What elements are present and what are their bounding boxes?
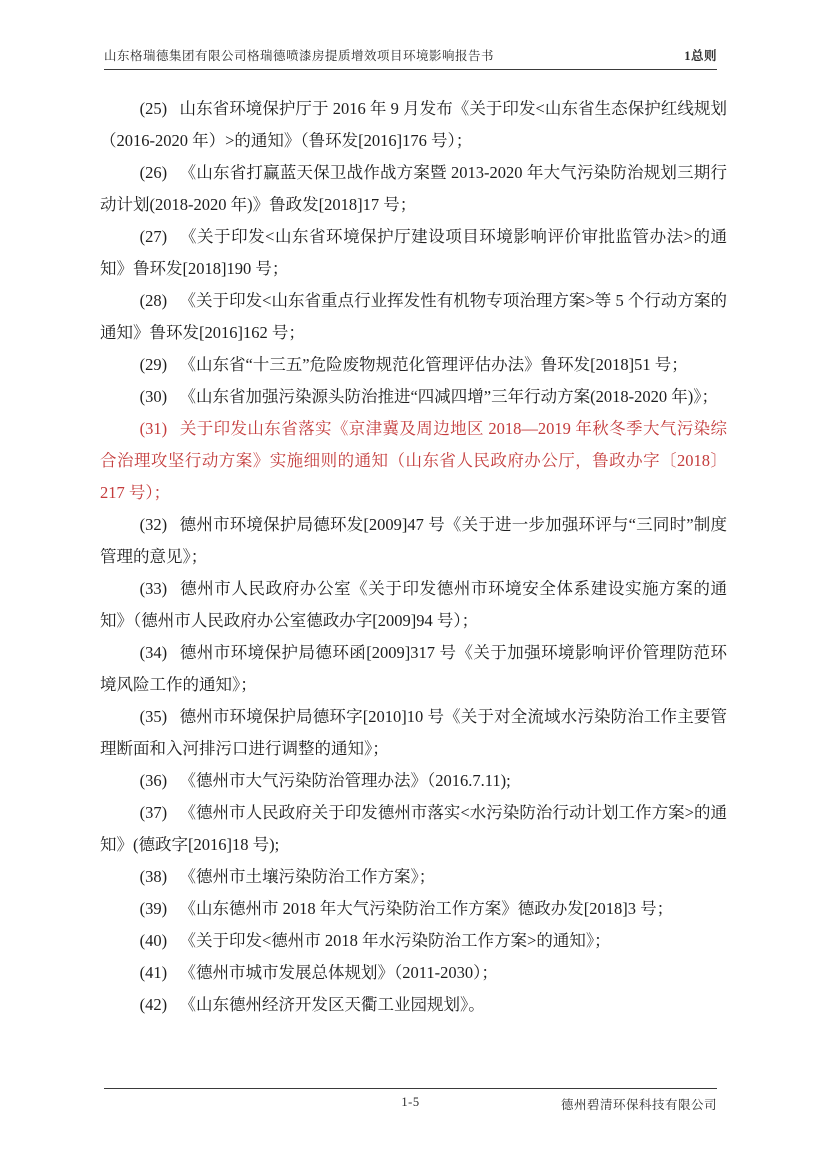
item-text: 关于印发山东省落实《京津冀及周边地区 2018—2019 年秋冬季大气污染综合治… — [100, 419, 727, 502]
item-text: 德州市人民政府办公室《关于印发德州市环境安全体系建设实施方案的通知》（德州市人民… — [100, 579, 727, 630]
list-item: (28)《关于印发<山东省重点行业挥发性有机物专项治理方案>等 5 个行动方案的… — [100, 285, 727, 349]
item-number: (26) — [140, 163, 168, 182]
item-text: 《山东省打赢蓝天保卫战作战方案暨 2013-2020 年大气污染防治规划三期行动… — [100, 163, 727, 214]
footer-company: 德州碧清环保科技有限公司 — [561, 1095, 717, 1113]
page-number: 1-5 — [401, 1095, 419, 1110]
list-item: (40)《关于印发<德州市 2018 年水污染防治工作方案>的通知》； — [100, 925, 727, 957]
page-footer: 1-5 德州碧清环保科技有限公司 — [104, 1088, 717, 1119]
item-number: (36) — [140, 771, 168, 790]
item-number: (28) — [140, 291, 168, 310]
item-text: 《关于印发<山东省重点行业挥发性有机物专项治理方案>等 5 个行动方案的通知》鲁… — [100, 291, 727, 342]
body-paragraphs: (25)山东省环境保护厅于 2016 年 9 月发布《关于印发<山东省生态保护红… — [100, 93, 727, 1021]
list-item: (41)《德州市城市发展总体规划》（2011-2030）； — [100, 957, 727, 989]
item-number: (31) — [140, 419, 168, 438]
item-text: 德州市环境保护局德环字[2010]10 号《关于对全流域水污染防治工作主要管理断… — [100, 707, 727, 758]
list-item: (27)《关于印发<山东省环境保护厅建设项目环境影响评价审批监管办法>的通知》鲁… — [100, 221, 727, 285]
item-text: 《山东省“十三五”危险废物规范化管理评估办法》鲁环发[2018]51 号； — [179, 355, 687, 374]
list-item: (39)《山东德州市 2018 年大气污染防治工作方案》德政办发[2018]3 … — [100, 893, 727, 925]
item-number: (29) — [140, 355, 168, 374]
item-number: (40) — [140, 931, 168, 950]
item-text: 山东省环境保护厅于 2016 年 9 月发布《关于印发<山东省生态保护红线规划（… — [100, 99, 727, 150]
item-number: (34) — [140, 643, 168, 662]
header-section-label: 1总则 — [684, 46, 717, 64]
item-number: (25) — [140, 99, 168, 118]
list-item: (25)山东省环境保护厅于 2016 年 9 月发布《关于印发<山东省生态保护红… — [100, 93, 727, 157]
item-text: 《山东德州市 2018 年大气污染防治工作方案》德政办发[2018]3 号； — [179, 899, 673, 918]
item-number: (42) — [140, 995, 168, 1014]
list-item: (29)《山东省“十三五”危险废物规范化管理评估办法》鲁环发[2018]51 号… — [100, 349, 727, 381]
document-page: 山东格瑞德集团有限公司格瑞德喷漆房提质增效项目环境影响报告书 1总则 (25)山… — [0, 0, 827, 1169]
list-item: (31)关于印发山东省落实《京津冀及周边地区 2018—2019 年秋冬季大气污… — [100, 413, 727, 509]
list-item: (42)《山东德州经济开发区天衢工业园规划》。 — [100, 989, 727, 1021]
list-item: (37)《德州市人民政府关于印发德州市落实<水污染防治行动计划工作方案>的通知》… — [100, 797, 727, 861]
list-item: (34)德州市环境保护局德环函[2009]317 号《关于加强环境影响评价管理防… — [100, 637, 727, 701]
item-number: (35) — [140, 707, 168, 726]
page-header: 山东格瑞德集团有限公司格瑞德喷漆房提质增效项目环境影响报告书 1总则 — [104, 46, 717, 70]
list-item: (30)《山东省加强污染源头防治推进“四减四增”三年行动方案(2018-2020… — [100, 381, 727, 413]
item-text: 《关于印发<山东省环境保护厅建设项目环境影响评价审批监管办法>的通知》鲁环发[2… — [100, 227, 727, 278]
item-number: (37) — [140, 803, 168, 822]
item-text: 《山东德州经济开发区天衢工业园规划》。 — [179, 995, 484, 1014]
item-number: (27) — [140, 227, 168, 246]
item-number: (30) — [140, 387, 168, 406]
item-number: (41) — [140, 963, 168, 982]
list-item: (38)《德州市土壤污染防治工作方案》； — [100, 861, 727, 893]
header-doc-title: 山东格瑞德集团有限公司格瑞德喷漆房提质增效项目环境影响报告书 — [104, 46, 494, 64]
list-item: (35)德州市环境保护局德环字[2010]10 号《关于对全流域水污染防治工作主… — [100, 701, 727, 765]
item-text: 德州市环境保护局德环发[2009]47 号《关于进一步加强环评与“三同时”制度管… — [100, 515, 727, 566]
list-item: (32)德州市环境保护局德环发[2009]47 号《关于进一步加强环评与“三同时… — [100, 509, 727, 573]
item-number: (38) — [140, 867, 168, 886]
item-text: 《德州市人民政府关于印发德州市落实<水污染防治行动计划工作方案>的通知》(德政字… — [100, 803, 727, 854]
item-text: 《德州市城市发展总体规划》（2011-2030）； — [179, 963, 497, 982]
list-item: (26)《山东省打赢蓝天保卫战作战方案暨 2013-2020 年大气污染防治规划… — [100, 157, 727, 221]
item-number: (39) — [140, 899, 168, 918]
item-text: 《山东省加强污染源头防治推进“四减四增”三年行动方案(2018-2020 年)》… — [179, 387, 718, 406]
list-item: (36)《德州市大气污染防治管理办法》（2016.7.11); — [100, 765, 727, 797]
item-text: 《德州市土壤污染防治工作方案》； — [179, 867, 435, 886]
item-text: 《德州市大气污染防治管理办法》（2016.7.11); — [179, 771, 510, 790]
item-number: (33) — [140, 579, 168, 598]
item-text: 德州市环境保护局德环函[2009]317 号《关于加强环境影响评价管理防范环境风… — [100, 643, 727, 694]
list-item: (33)德州市人民政府办公室《关于印发德州市环境安全体系建设实施方案的通知》（德… — [100, 573, 727, 637]
item-number: (32) — [140, 515, 168, 534]
item-text: 《关于印发<德州市 2018 年水污染防治工作方案>的通知》； — [179, 931, 610, 950]
